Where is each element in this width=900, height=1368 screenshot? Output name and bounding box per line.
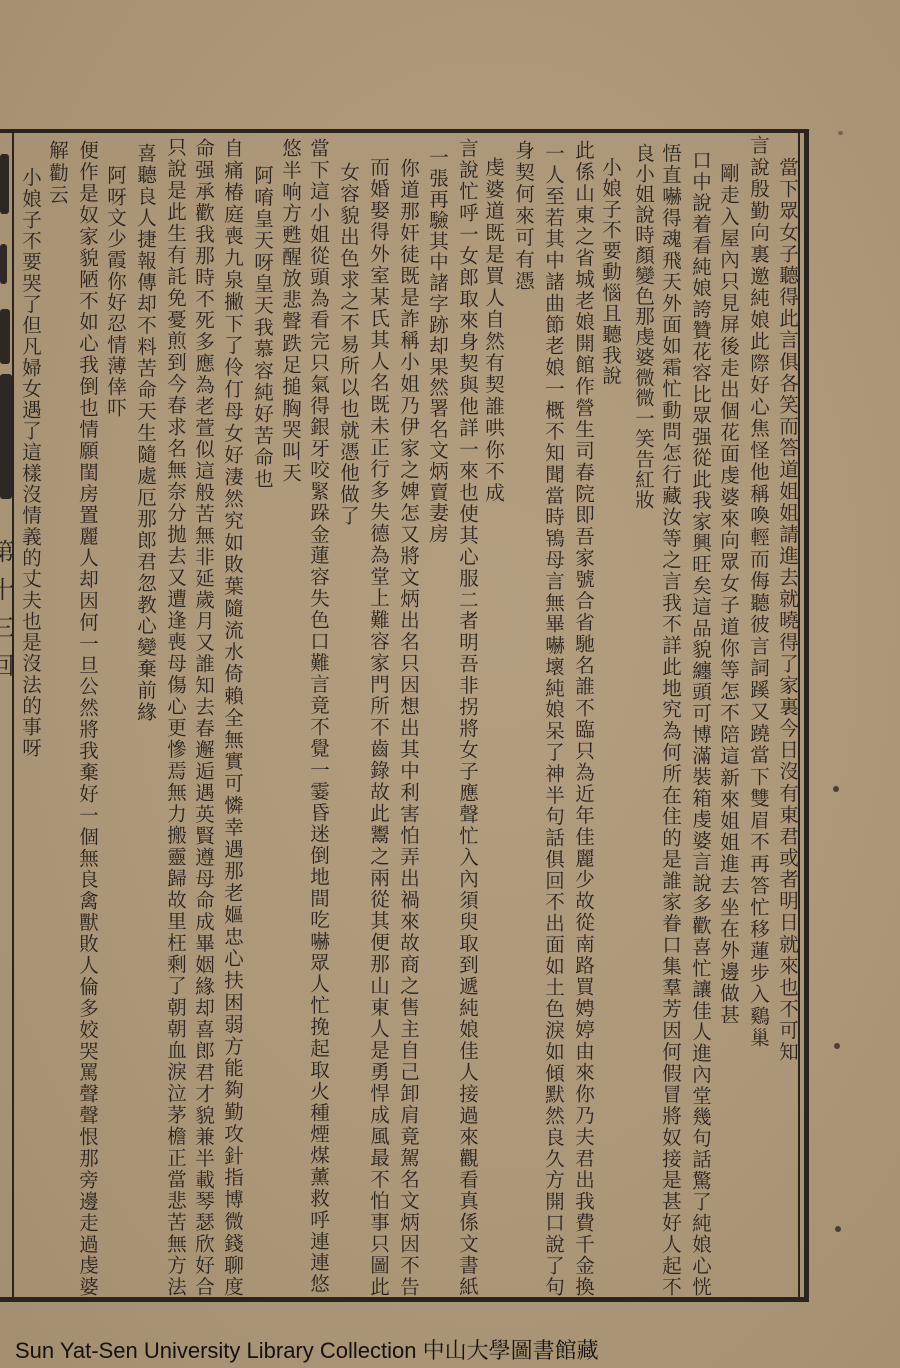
library-caption: Sun Yat-Sen University Library Collectio…	[15, 1338, 599, 1364]
text-column-13: 一張再驗其中諸字跡却果然署名文炳賣妻房	[426, 147, 448, 543]
frame-left-rule	[12, 131, 14, 1299]
text-column-18: 悠半响方甦醒放悲聲跌足搥胸哭叫天	[279, 138, 301, 482]
book-gutter: 第十三回	[0, 134, 12, 1297]
caption-chinese: 中山大學圖書館藏	[423, 1338, 599, 1363]
text-column-1: 當下眾女子聽得此言俱各笑而答道姐姐請進去就曉得了家裏今日沒有東君或者明日就來也不…	[776, 157, 798, 1061]
text-column-6: 良小姐說時顏變色那虔婆微微一笑告紅妝	[632, 143, 654, 509]
caption-english: Sun Yat-Sen University Library Collectio…	[15, 1338, 416, 1363]
fishtail-mark	[0, 374, 12, 499]
paper-stain	[833, 786, 839, 792]
text-column-21: 命强承歡我那時不死多應為老萱似這般苦無非延歲月又誰知去春邂逅遇英賢遵母命成畢姻緣…	[192, 138, 214, 1296]
text-column-11: 虔婆道既是買人自然有契誰哄你不成	[482, 157, 504, 502]
text-column-27: 小娘子不要哭了但凡婦女遇了這樣沒情義的丈夫也是沒法的事呀	[19, 167, 41, 757]
text-column-9: 一人至若其中諸曲節老娘一概不知聞當時鴇母言無畢嚇壞純娘呆了神半句話俱回不出面如土…	[542, 143, 564, 1296]
text-column-3: 剛走入屋內只見屏後走出個花面虔婆來向眾女子道你等怎不陪這新來姐姐進去坐在外邊做甚	[717, 163, 739, 1024]
gutter-title-fragment	[0, 244, 7, 284]
text-column-14: 你道那奸徒既是詐稱小姐乃伊家之婢怎又將文炳出名只因想出其中利害怕弄出禍來故商之售…	[397, 158, 419, 1296]
text-column-12: 言說忙呼一女郎取來身契與他詳一來也使其心服二者明吾非拐將女子應聲忙入內須臾取到遞…	[456, 138, 478, 1296]
text-column-23: 喜聽良人捷報傳却不料苦命天生隨處厄那郎君忽教心變棄前緣	[134, 143, 156, 721]
book-page: 第十三回 當下眾女子聽得此言俱各笑而答道姐姐請進去就曉得了家裏今日沒有東君或者明…	[0, 0, 900, 1368]
text-column-22: 只說是此生有託免憂煎到今春求名無奈分拋去又遭逢喪母傷心更慘焉無力搬靈歸故里枉剩了…	[164, 137, 186, 1296]
text-column-10: 身契何來可有憑	[512, 140, 534, 290]
text-column-26: 解勸云	[46, 140, 68, 204]
text-column-8: 此係山東之省城老娘開館作營生司春院即吾家號合省馳名誰不臨只為近年佳麗少故從南路買…	[572, 140, 594, 1296]
text-column-5: 悟直嚇得魂飛天外面如霜忙動問怎行藏汝等之言我不詳此地究為何所在住的是誰家眷口集羣…	[659, 143, 681, 1296]
gutter-title-fragment	[0, 309, 10, 364]
frame-top-rule	[0, 129, 809, 133]
text-column-2: 言說殷勤向裏邀純娘此際好心焦怪他稱喚輕而侮聽彼言詞蹊又蹺當下雙眉不再答忙移蓮步入…	[747, 135, 769, 1047]
frame-bottom-rule	[0, 1297, 809, 1302]
chapter-marker: 第十三回	[0, 539, 12, 691]
frame-right-outer-rule	[804, 129, 809, 1302]
text-column-17: 當下這小姐從頭為看完只氣得銀牙咬緊跺金蓮容失色口難言竟不覺一霎昏迷倒地間吃嚇眾人…	[307, 138, 329, 1293]
paper-stain	[838, 131, 843, 135]
text-column-16: 女容貌出色求之不易所以也就憑他做了	[337, 162, 359, 525]
text-column-15: 而婚娶得外室某氏其人名既未正行多失德為堂上難容家門所不齒錄故此鬻之兩從其便那山東…	[367, 157, 389, 1296]
text-column-4: 口中說着看純娘誇贊花容比眾强從此我家興旺矣這品貌纏頭可博滿裝箱虔婆言說多歡喜忙讓…	[689, 150, 711, 1296]
paper-stain	[835, 1226, 841, 1232]
text-column-7: 小娘子不要動惱且聽我說	[599, 157, 621, 385]
text-column-25: 便作是奴家貌陋不如心我倒也情願閨房置麗人却因何一旦公然將我棄好一個無良禽獸敗人倫…	[76, 140, 98, 1296]
text-column-19: 阿唷皇天呀皇天我慕容純好苦命也	[251, 165, 273, 488]
paper-stain	[834, 1043, 840, 1049]
text-column-20: 自痛椿庭喪九泉撇下了伶仃母女好淒然究如敗葉隨流水倚賴全無實可憐幸遇那老嫗忠心扶困…	[221, 138, 243, 1296]
gutter-title-fragment	[0, 154, 9, 214]
text-column-24: 阿呀文少霞你好忍情薄倖吓	[104, 165, 126, 417]
